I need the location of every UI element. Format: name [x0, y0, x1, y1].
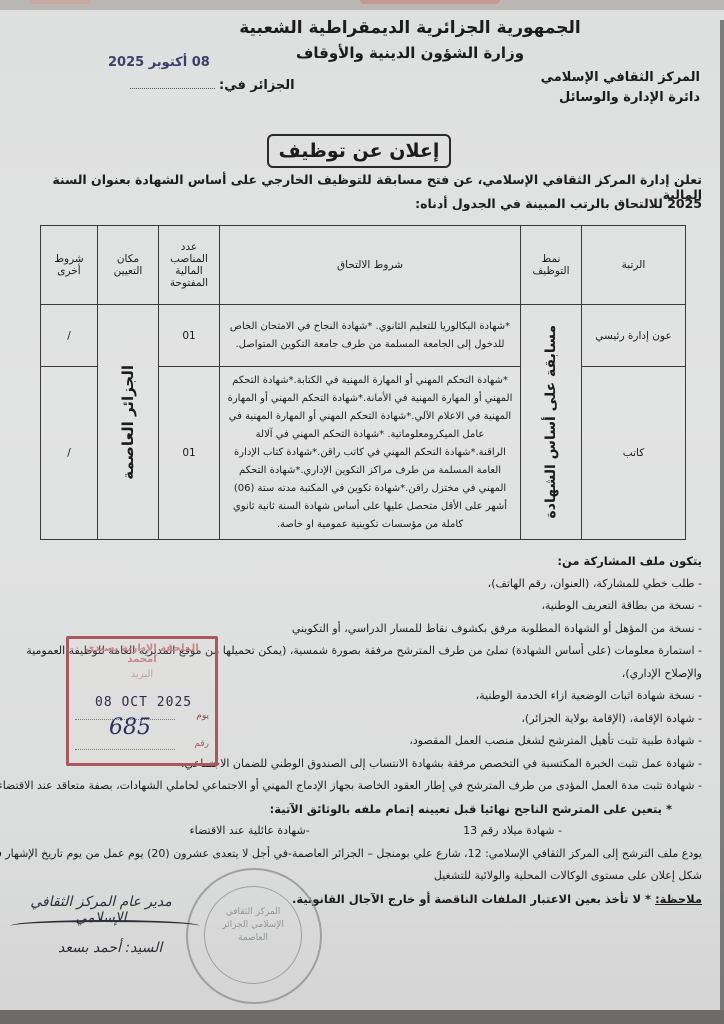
- signature-stroke: [10, 920, 200, 932]
- deposit-line-1: يودع ملف الترشح إلى المركز الثقافي الإسل…: [12, 843, 702, 866]
- date-label: الجزائر في:: [130, 78, 295, 93]
- note-label: ملاحظة:: [655, 892, 702, 906]
- other-conditions-cell: /: [41, 305, 98, 367]
- header-rank: الرتبة: [582, 226, 686, 305]
- rank-cell: عون إدارة رئيسي: [582, 305, 686, 367]
- reception-stamp: الملحقة الإدارية بسيدي امحمد البريد 08 O…: [66, 636, 218, 766]
- conditions-cell: *شهادة البكالوريا للتعليم الثانوي. *شهاد…: [220, 305, 521, 367]
- stamp-date: 08 OCT 2025: [95, 695, 192, 710]
- stamp-number: 685: [109, 715, 151, 740]
- intro-line-2: 2025 للالتحاق بالرتب المبينة في الجدول أ…: [22, 196, 702, 211]
- page-edge: [720, 20, 724, 1010]
- header-conditions: شروط الالتحاق: [220, 226, 521, 305]
- announcement-title: إعلان عن توظيف: [267, 134, 451, 168]
- header-location: مكان التعيين: [98, 226, 159, 305]
- stamp-day-label: يوم: [196, 711, 209, 721]
- signature-title: مدير عام المركز الثقافي الإسلامي: [6, 894, 196, 926]
- list-item: - شهادة تثبت مدة العمل المؤدى من طرف الم…: [12, 775, 702, 798]
- final-doc-item: -شهادة عائلية عند الاقتضاء: [189, 824, 309, 837]
- document-page: الجمهورية الجزائرية الديمقراطية الشعبية …: [0, 0, 724, 1024]
- department-name: دائرة الإدارة والوسائل: [559, 90, 700, 105]
- final-doc-item: - شهادة ميلاد رقم 13: [463, 824, 562, 837]
- stamp-sub: البريد: [69, 669, 215, 680]
- final-docs-row: - شهادة ميلاد رقم 13 -شهادة عائلية عند ا…: [12, 820, 702, 843]
- location-cell: الجزائر العاصمة: [98, 305, 159, 540]
- conditions-cell: *شهادة التحكم المهني أو المهارة المهنية …: [220, 367, 521, 540]
- stamp-header: الملحقة الإدارية بسيدي امحمد: [69, 643, 215, 665]
- rank-cell: كاتب: [582, 367, 686, 540]
- other-conditions-cell: /: [41, 367, 98, 540]
- deposit-line-2: شكل إعلان على مستوى الوكالات المحلية وال…: [12, 865, 702, 888]
- signatory-name: السيد: أحمد بسعد: [58, 940, 162, 956]
- table-row: عون إدارة رئيسي مسابقة على أساس الشهادة …: [41, 305, 686, 367]
- republic-heading: الجمهورية الجزائرية الديمقراطية الشعبية: [200, 18, 620, 38]
- positions-table: الرتبة نمط التوظيف شروط الالتحاق عدد الم…: [40, 225, 686, 540]
- file-lead: يتكون ملف المشاركة من:: [12, 550, 702, 573]
- header-positions: عدد المناصب المالية المفتوحة: [159, 226, 220, 305]
- top-edge: [0, 0, 724, 10]
- list-item: - نسخة من بطاقة التعريف الوطنية،: [12, 595, 702, 618]
- table-header-row: الرتبة نمط التوظيف شروط الالتحاق عدد الم…: [41, 226, 686, 305]
- header-other-conditions: شروط أخرى: [41, 226, 98, 305]
- note-text: * لا تأخذ بعين الاعتبار الملفات الناقصة …: [292, 892, 651, 906]
- official-seal: المركز الثقافي الإسلامي الجزائر العاصمة: [186, 868, 322, 1004]
- seal-text: المركز الثقافي الإسلامي الجزائر العاصمة: [208, 906, 298, 945]
- recruitment-mode-cell: مسابقة على أساس الشهادة: [521, 305, 582, 540]
- ministry-heading: وزارة الشؤون الدينية والأوقاف: [200, 44, 620, 62]
- date-stamp: 08 أكتوبر 2025: [108, 55, 210, 70]
- list-item: - طلب خطي للمشاركة، (العنوان، رقم الهاتف…: [12, 573, 702, 596]
- final-docs-lead: * يتعين على المترشح الناجح نهائيا قبل تع…: [12, 798, 672, 821]
- stamp-number-label: رقم: [194, 739, 209, 749]
- bottom-edge: [0, 1010, 724, 1024]
- positions-cell: 01: [159, 367, 220, 540]
- header-recruitment-mode: نمط التوظيف: [521, 226, 582, 305]
- organization-name: المركز الثقافي الإسلامي: [541, 70, 700, 85]
- positions-cell: 01: [159, 305, 220, 367]
